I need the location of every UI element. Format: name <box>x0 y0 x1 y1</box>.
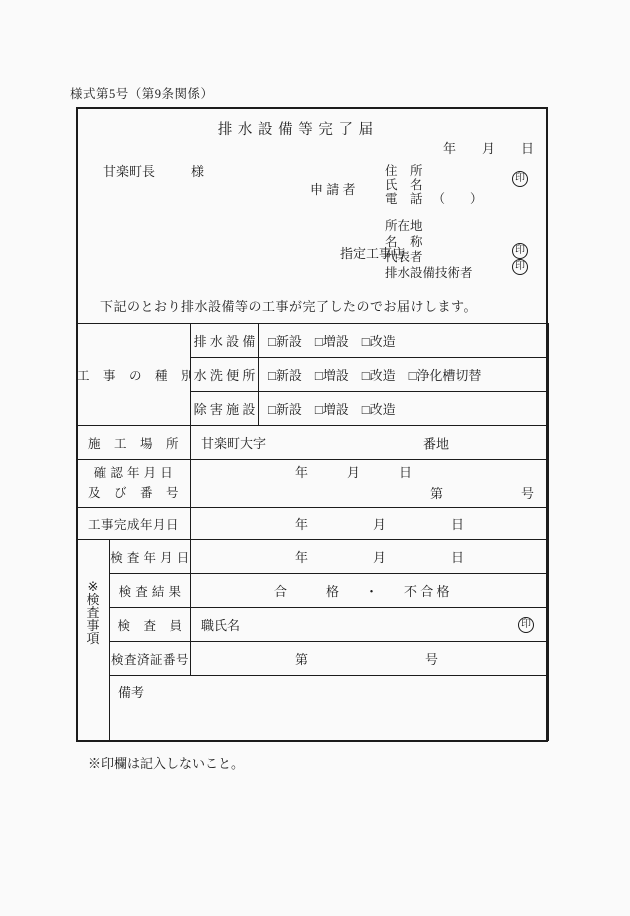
table-row: 確 認 年 月 日及 び 番 号 年 月 日第 号 <box>77 460 549 508</box>
inspector-label: 検 査 員 <box>110 608 191 642</box>
category-drainage-label: 排 水 設 備 <box>191 324 259 358</box>
contractor-name-label: 名 称 <box>385 236 423 249</box>
table-row: 工 事 の 種 別 排 水 設 備 □新設 □増設 □改造 <box>77 324 549 358</box>
applicant-seal-icon: 印 <box>512 171 528 187</box>
addressee-honorific: 様 <box>191 164 204 179</box>
confirmation-value-cell: 年 月 日第 号 <box>191 460 549 508</box>
addressee-line: 甘楽町長様 <box>103 161 204 180</box>
table-row: 検 査 員 職氏名印 <box>77 608 549 642</box>
category-pretreatment-label: 除 害 施 設 <box>191 392 259 426</box>
confirmation-label-line1: 確 認 年 月 日 <box>94 466 174 480</box>
table-row: 備考 <box>77 676 549 741</box>
confirmation-label-line2: 及 び 番 号 <box>88 486 179 500</box>
inspection-date-value: 年 月 日 <box>191 540 549 574</box>
submission-date-line: 年 月 日 <box>443 138 534 157</box>
remarks-label: 備考 <box>118 685 144 700</box>
notification-sentence: 下記のとおり排水設備等の工事が完了したのでお届けします。 <box>100 296 477 315</box>
site-label: 施 工 場 所 <box>77 426 191 460</box>
table-row: 検査済証番号 第 号 <box>77 642 549 676</box>
inspection-char: 項 <box>86 632 99 645</box>
applicant-phone-label: 電 話 <box>385 192 423 206</box>
applicant-phone-parens: （ ） <box>433 192 483 206</box>
document-page: 様式第5号（第9条関係） 排 水 設 備 等 完 了 届 年 月 日 甘楽町長様… <box>0 0 630 916</box>
applicant-phone-line: 電 話（ ） <box>385 193 483 206</box>
confirmation-number-line: 第 号 <box>191 484 548 504</box>
drainage-options: □新設 □増設 □改造 <box>259 324 549 358</box>
form-border-box: 排 水 設 備 等 完 了 届 年 月 日 甘楽町長様 申 請 者 住 所 氏 … <box>76 107 548 742</box>
form-number-label: 様式第5号（第9条関係） <box>70 84 214 102</box>
inspection-date-label: 検 査 年 月 日 <box>110 540 191 574</box>
certificate-number-value: 第 号 <box>191 642 549 676</box>
table-row: 施 工 場 所 甘楽町大字番地 <box>77 426 549 460</box>
pretreatment-options: □新設 □増設 □改造 <box>259 392 549 426</box>
table-row: ※ 検 査 事 項 検 査 年 月 日 年 月 日 <box>77 540 549 574</box>
form-table: 工 事 の 種 別 排 水 設 備 □新設 □増設 □改造 水 洗 便 所 □新… <box>76 323 549 741</box>
confirmation-date-line: 年 月 日 <box>191 463 548 483</box>
contractor-technician-seal-icon: 印 <box>512 259 528 275</box>
confirmation-label: 確 認 年 月 日及 び 番 号 <box>77 460 191 508</box>
addressee-name: 甘楽町長 <box>103 164 155 179</box>
form-title: 排 水 設 備 等 完 了 届 <box>62 118 530 139</box>
site-prefix: 甘楽町大字 <box>201 436 266 451</box>
construction-type-label: 工 事 の 種 別 <box>77 324 191 426</box>
completion-date-label: 工事完成年月日 <box>77 508 191 540</box>
inspection-result-label: 検 査 結 果 <box>110 574 191 608</box>
contractor-representative-label: 代表者 <box>385 251 423 264</box>
table-row: 検 査 結 果 合 格 ・ 不 合 格 <box>77 574 549 608</box>
category-flush-toilet-label: 水 洗 便 所 <box>191 358 259 392</box>
footnote-text: ※印欄は記入しないこと。 <box>88 753 244 772</box>
applicant-label: 申 請 者 <box>310 179 356 198</box>
inspector-value-cell: 職氏名印 <box>191 608 549 642</box>
applicant-address-label: 住 所 <box>385 165 423 178</box>
table-row: 工事完成年月日 年 月 日 <box>77 508 549 540</box>
inspection-section-vertical-text: ※ 検 査 事 項 <box>77 572 109 667</box>
remarks-cell: 備考 <box>110 676 549 741</box>
certificate-number-label: 検査済証番号 <box>110 642 191 676</box>
inspection-result-value: 合 格 ・ 不 合 格 <box>191 574 549 608</box>
flush-toilet-options: □新設 □増設 □改造 □浄化槽切替 <box>259 358 549 392</box>
inspection-section-label: ※ 検 査 事 項 <box>77 540 110 741</box>
inspector-seal-icon: 印 <box>518 617 534 633</box>
completion-date-value: 年 月 日 <box>191 508 549 540</box>
contractor-representative-seal-icon: 印 <box>512 243 528 259</box>
contractor-location-label: 所在地 <box>385 220 423 233</box>
inspector-prefix: 職氏名 <box>201 618 240 633</box>
site-value-cell: 甘楽町大字番地 <box>191 426 549 460</box>
contractor-technician-label: 排水設備技術者 <box>385 267 473 280</box>
applicant-name-label: 氏 名 <box>385 179 423 192</box>
site-suffix: 番地 <box>423 433 449 452</box>
